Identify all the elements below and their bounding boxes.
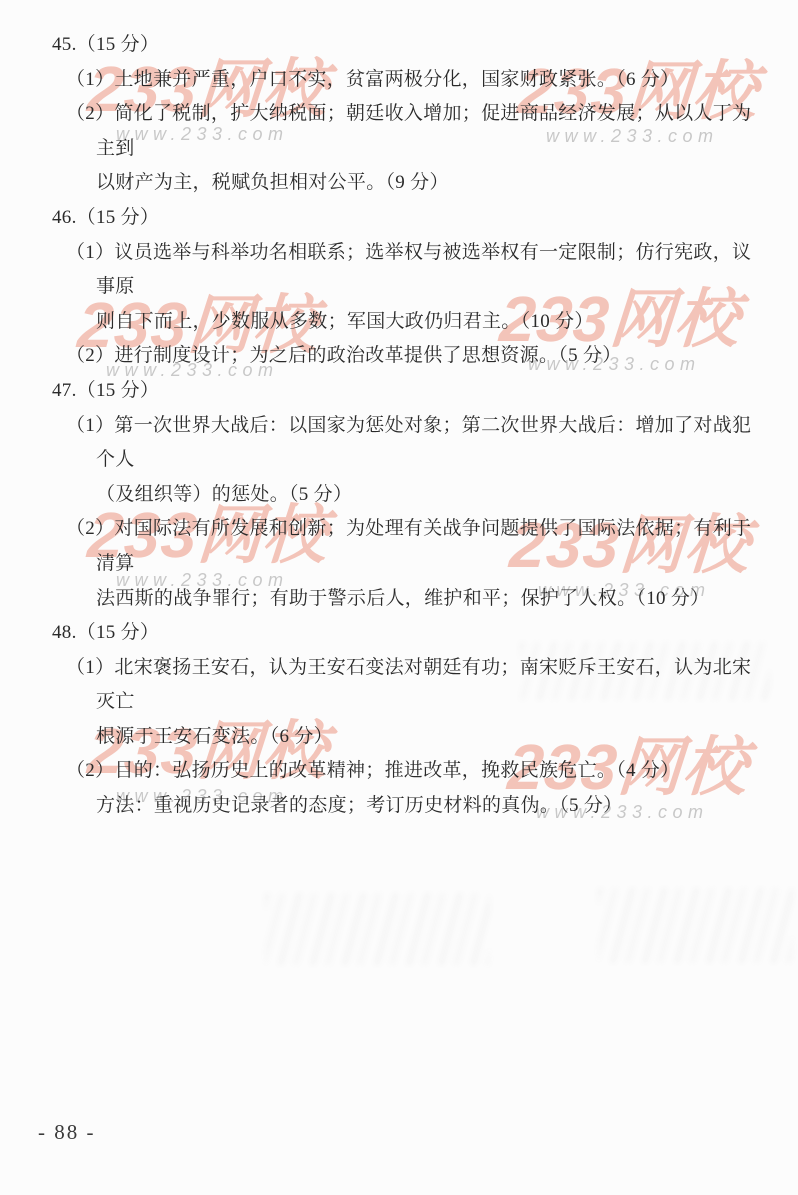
question-block-47: 47.（15 分） （1）第一次世界大战后：以国家为惩处对象；第二次世界大战后：… — [52, 374, 758, 616]
question-block-45: 45.（15 分） （1）土地兼并严重，户口不实，贫富两极分化，国家财政紧张。（… — [52, 28, 758, 201]
answer-item: （2）进行制度设计；为之后的政治改革提供了思想资源。（5 分） — [52, 339, 758, 374]
question-header: 46.（15 分） — [52, 201, 758, 236]
answer-item: （1）北宋褒扬王安石，认为王安石变法对朝廷有功；南宋贬斥王安石，认为北宋灭亡 根… — [52, 651, 758, 755]
scanned-answer-page: 233网校 www.233.com 233网校 www.233.com 233网… — [0, 0, 798, 1195]
question-header: 48.（15 分） — [52, 616, 758, 651]
page-number: - 88 - — [38, 1120, 96, 1145]
ghost-stain — [598, 888, 793, 963]
answer-item: （2）对国际法有所发展和创新；为处理有关战争问题提供了国际法依据；有利于清算 法… — [52, 512, 758, 616]
question-header: 47.（15 分） — [52, 374, 758, 409]
question-block-46: 46.（15 分） （1）议员选举与科举功名相联系；选举权与被选举权有一定限制；… — [52, 201, 758, 374]
answer-item: （2）目的：弘扬历史上的改革精神；推进改革，挽救民族危亡。（4 分） 方法：重视… — [52, 754, 758, 823]
answer-item: （1）第一次世界大战后：以国家为惩处对象；第二次世界大战后：增加了对战犯个人 （… — [52, 409, 758, 513]
answer-item: （2）简化了税制，扩大纳税面；朝廷收入增加；促进商品经济发展；从以人丁为主到 以… — [52, 97, 758, 201]
question-block-48: 48.（15 分） （1）北宋褒扬王安石，认为王安石变法对朝廷有功；南宋贬斥王安… — [52, 616, 758, 824]
answer-item: （1）土地兼并严重，户口不实，贫富两极分化，国家财政紧张。（6 分） — [52, 63, 758, 98]
question-header: 45.（15 分） — [52, 28, 758, 63]
ghost-stain — [265, 893, 490, 965]
answer-item: （1）议员选举与科举功名相联系；选举权与被选举权有一定限制；仿行宪政，议事原 则… — [52, 236, 758, 340]
answer-content: 45.（15 分） （1）土地兼并严重，户口不实，贫富两极分化，国家财政紧张。（… — [52, 28, 758, 824]
